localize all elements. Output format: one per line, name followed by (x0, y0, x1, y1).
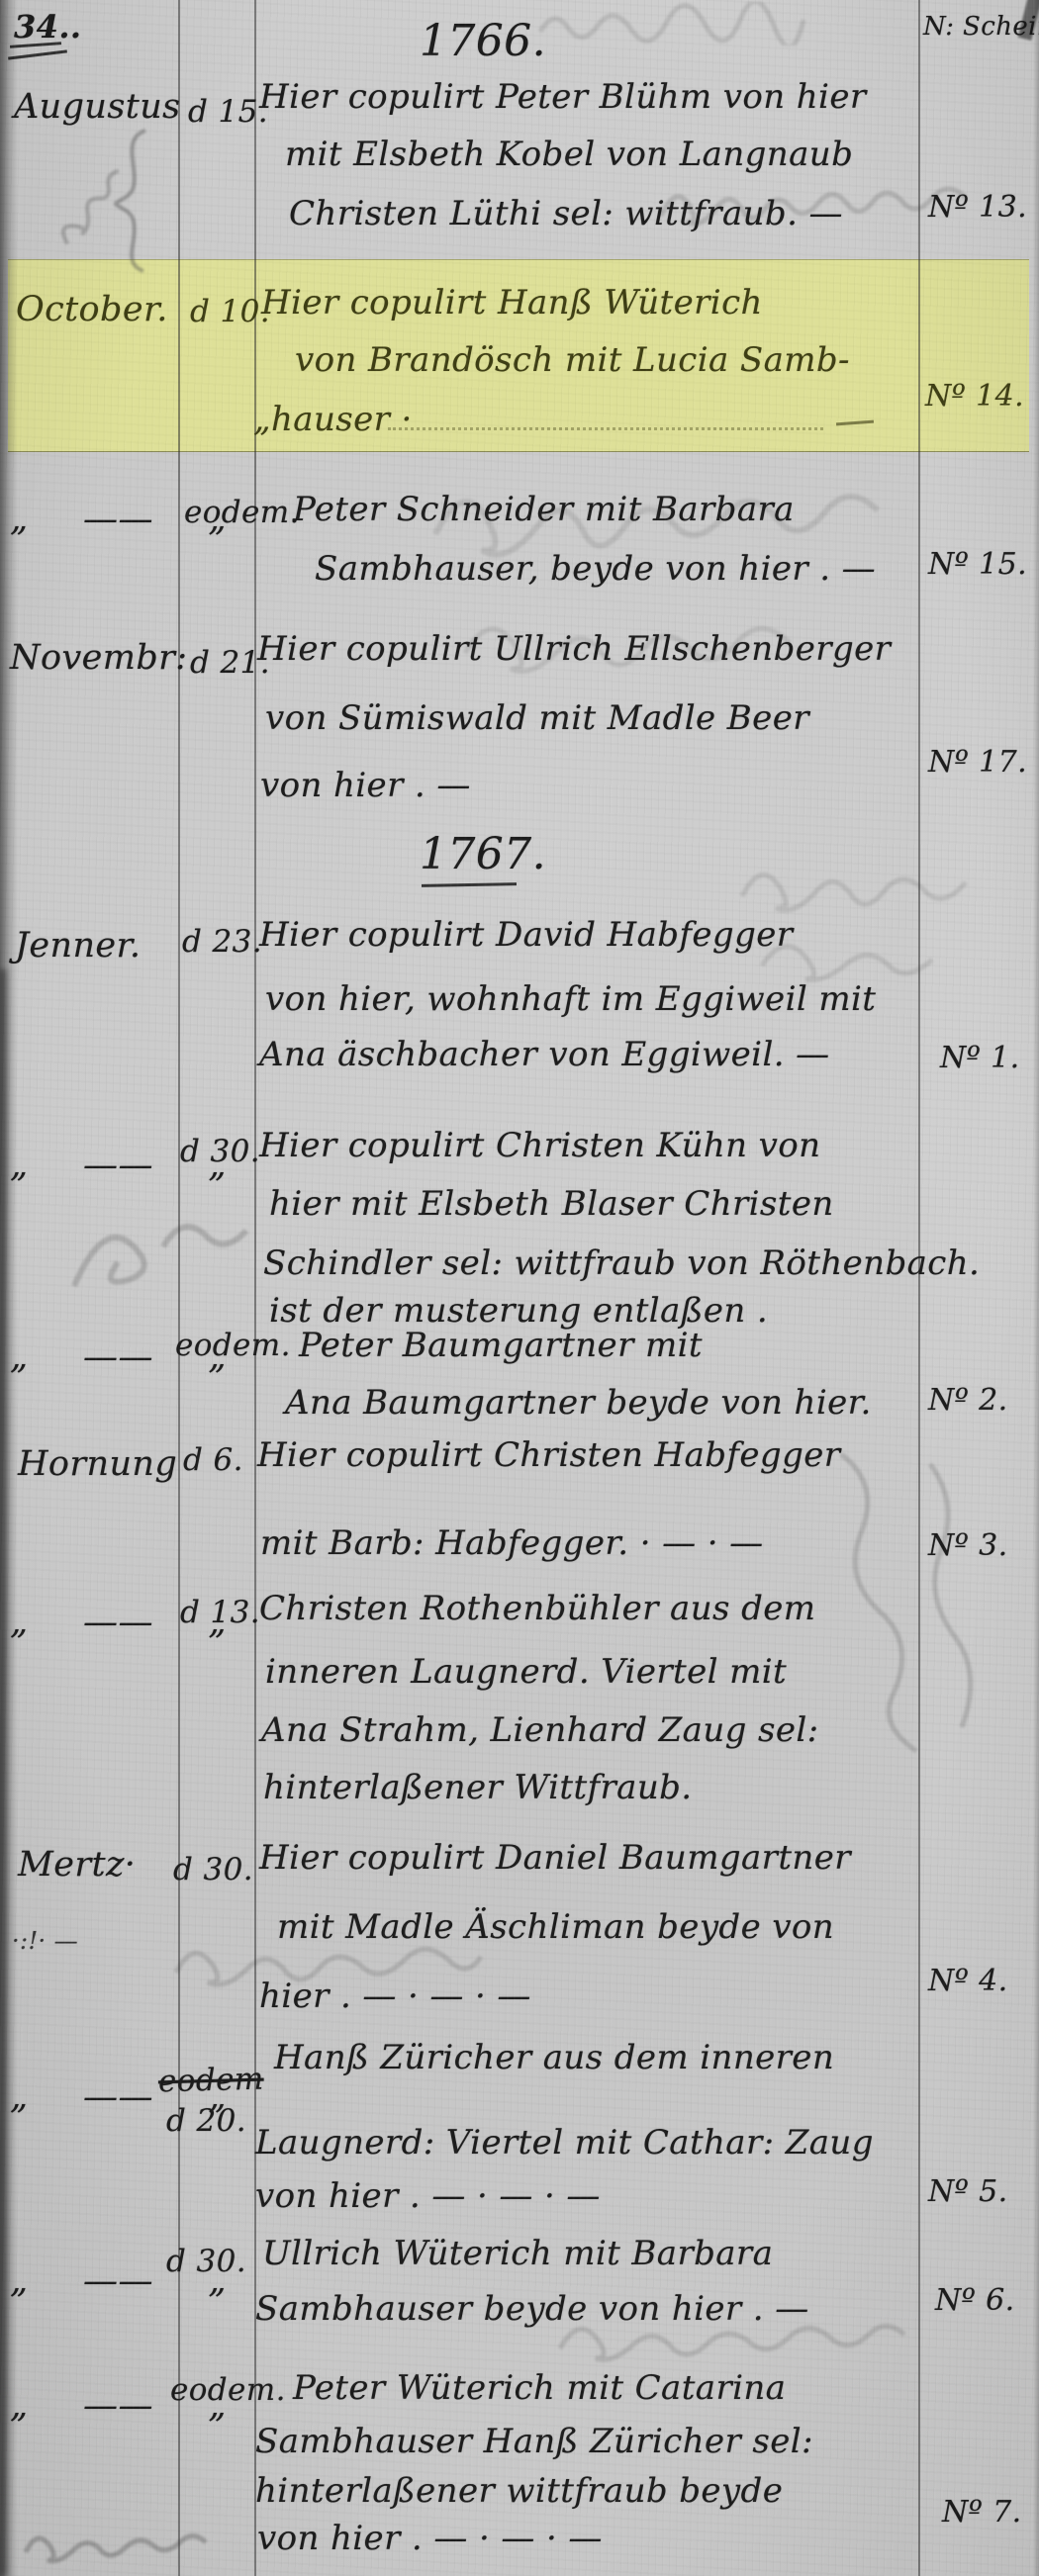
certificate-number: Nº 2. (928, 1383, 1008, 1418)
column-rule-month (178, 0, 180, 2576)
entry-line: von hier . — · — · — (255, 2176, 601, 2216)
church-register-page: 34.. 1766. N: Schein Augustus d 15. Hier… (0, 0, 1039, 2576)
column-rule-number (918, 0, 920, 2576)
entry-line: hier . — · — · — (259, 1977, 531, 2016)
year-heading-1766: 1766. (420, 16, 546, 66)
certificate-number: Nº 3. (928, 1528, 1008, 1563)
entry-line: von Sümiswald mit Madle Beer (265, 698, 809, 738)
certificate-number: Nº 15. (928, 547, 1027, 582)
year-heading-1767: 1767. (420, 829, 546, 879)
entry-line: Hier copulirt Peter Blühm von hier (259, 77, 867, 117)
year-underline (422, 882, 517, 887)
entry-line: Hanß Züricher aus dem inneren (274, 2038, 834, 2077)
entry-line: Ullrich Wüterich mit Barbara (262, 2234, 773, 2273)
scan-edge-shadow-left-lower (0, 969, 10, 2576)
certificate-number: Nº 5. (928, 2174, 1008, 2209)
entry-line: Hier copulirt Daniel Baumgartner (259, 1838, 851, 1878)
entry-line: Laugnerd: Viertel mit Cathar: Zaug (255, 2123, 874, 2162)
entry-line: Hier copulirt Ullrich Ellschenberger (257, 629, 891, 669)
month-label: October. (16, 290, 168, 329)
entry-line: Schindler sel: wittfraub von Röthenbach. (263, 1243, 980, 1283)
entry-line: Hier copulirt Christen Kühn von (259, 1126, 820, 1165)
entry-line: mit Barb: Habfegger. · — · — (260, 1523, 764, 1563)
ghost-writing (20, 2521, 218, 2568)
date-label: d 30. (180, 1134, 260, 1169)
month-label: Hornung (18, 1444, 177, 1484)
month-label: Augustus (14, 87, 181, 127)
entry-line: von hier . — (260, 766, 471, 805)
entry-line: Hier copulirt David Habfegger (259, 915, 793, 955)
date-label: eodem. (184, 495, 300, 530)
entry-line: Ana Baumgartner beyde von hier. (285, 1383, 872, 1423)
date-label: d 23. (182, 924, 262, 960)
ghost-writing (811, 1434, 999, 1761)
ghost-writing (54, 1177, 272, 1326)
month-label: Mertz· (18, 1845, 136, 1885)
month-label: Novembr: (10, 638, 188, 678)
date-label: d 10. (190, 294, 270, 329)
entry-line: Ana äschbacher von Eggiweil. — (259, 1035, 830, 1074)
page-number: 34.. (14, 8, 81, 46)
entry-line: Peter Wüterich mit Catarina (293, 2368, 786, 2408)
entry-line: „hauser · (253, 400, 413, 439)
entry-line: ist der musterung entlaßen . (269, 1291, 768, 1331)
entry-line: Hier copulirt Christen Habfegger (257, 1435, 840, 1475)
date-label-struck: eodem (158, 2062, 265, 2100)
certificate-number: Nº 13. (928, 190, 1027, 225)
date-label: d 6. (183, 1442, 243, 1478)
entry-line: Christen Lüthi sel: wittfraub. — (289, 194, 843, 233)
scan-edge-shadow-right (1033, 0, 1039, 2576)
entry-line: Peter Baumgartner mit (299, 1326, 703, 1365)
date-label: d 15. (188, 94, 268, 130)
pencil-dash-trail (388, 427, 823, 430)
entry-line: Christen Rothenbühler aus dem (259, 1589, 815, 1628)
date-label: d 30. (166, 2244, 246, 2279)
entry-line: Hier copulirt Hanß Wüterich (261, 283, 763, 322)
entry-line: mit Madle Äschliman beyde von (277, 1907, 834, 1947)
entry-line: hier mit Elsbeth Blaser Christen (269, 1184, 834, 1224)
date-label: eodem. (175, 1328, 291, 1363)
entry-line: hinterlaßener wittfraub beyde (255, 2471, 783, 2511)
certificate-number: Nº 1. (940, 1041, 1020, 1075)
entry-line: Sambhauser, beyde von hier . — (315, 549, 876, 589)
date-label: eodem. (170, 2372, 286, 2408)
entry-line: inneren Laugnerd. Viertel mit (265, 1652, 787, 1692)
date-label: d 20. (166, 2103, 246, 2139)
certificate-number: Nº 7. (942, 2495, 1022, 2530)
entry-line: hinterlaßener Wittfraub. (263, 1768, 693, 1807)
margin-note: ·:!· — (12, 1927, 78, 1955)
entry-line: von hier, wohnhaft im Eggiweil mit (265, 979, 876, 1019)
date-label: d 13. (180, 1595, 260, 1630)
certificate-number: Nº 17. (928, 745, 1027, 780)
entry-line: Sambhauser Hanß Züricher sel: (255, 2422, 813, 2461)
entry-line: von Brandösch mit Lucia Samb- (295, 340, 850, 380)
certificate-number: Nº 14. (925, 379, 1024, 414)
entry-line: Ana Strahm, Lienhard Zaug sel: (261, 1710, 819, 1750)
ghost-writing (534, 2, 831, 46)
certificate-number: Nº 6. (935, 2283, 1015, 2318)
certificate-number: Nº 4. (928, 1964, 1008, 1998)
entry-line: von hier . — · — · — (257, 2519, 603, 2558)
month-label: Jenner. (15, 926, 141, 966)
entry-line: Peter Schneider mit Barbara (293, 490, 795, 529)
date-label: d 30. (173, 1852, 253, 1887)
entry-line: Sambhauser beyde von hier . — (255, 2289, 809, 2329)
entry-line: mit Elsbeth Kobel von Langnaub (285, 135, 853, 174)
